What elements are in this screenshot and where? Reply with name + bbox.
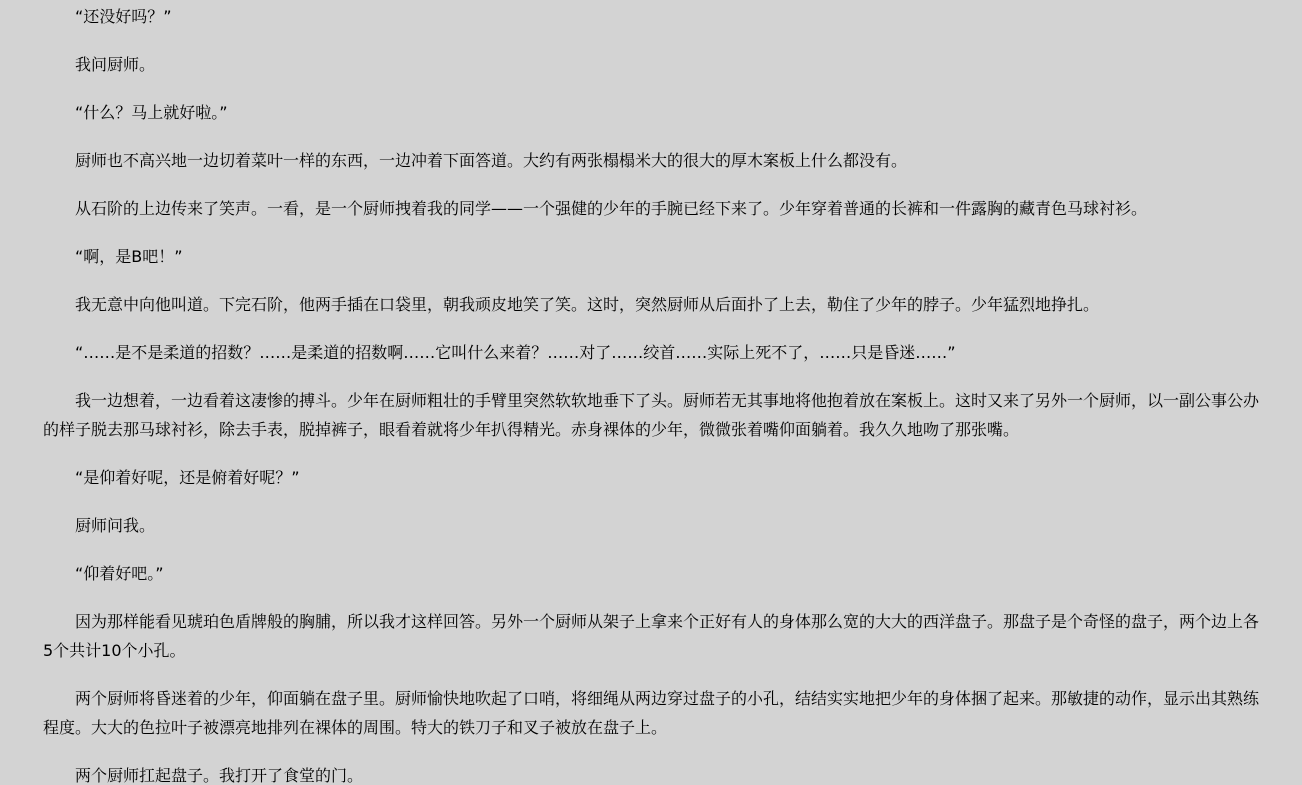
paragraph: 我一边想着，一边看着这凄惨的搏斗。少年在厨师粗壮的手臂里突然软软地垂下了头。厨师…: [43, 386, 1264, 444]
paragraph: 因为那样能看见琥珀色盾牌般的胸脯，所以我才这样回答。另外一个厨师从架子上拿来个正…: [43, 607, 1264, 665]
paragraph: 从石阶的上边传来了笑声。一看，是一个厨师拽着我的同学——一个强健的少年的手腕已经…: [43, 194, 1264, 223]
paragraph: 厨师也不高兴地一边切着菜叶一样的东西，一边冲着下面答道。大约有两张榻榻米大的很大…: [43, 146, 1264, 175]
paragraph: 我问厨师。: [43, 50, 1264, 79]
document-body: “还没好吗？”我问厨师。“什么？马上就好啦。”厨师也不高兴地一边切着菜叶一样的东…: [0, 0, 1302, 785]
paragraph: 两个厨师将昏迷着的少年，仰面躺在盘子里。厨师愉快地吹起了口哨，将细绳从两边穿过盘…: [43, 684, 1264, 742]
paragraph: 厨师问我。: [43, 511, 1264, 540]
paragraph: 两个厨师扛起盘子。我打开了食堂的门。: [43, 761, 1264, 785]
paragraph: “还没好吗？”: [43, 2, 1264, 31]
paragraph: “是仰着好呢，还是俯着好呢？”: [43, 463, 1264, 492]
paragraph: “仰着好吧。”: [43, 559, 1264, 588]
paragraph: “……是不是柔道的招数？……是柔道的招数啊……它叫什么来着？……对了……绞首………: [43, 338, 1264, 367]
paragraph: 我无意中向他叫道。下完石阶，他两手插在口袋里，朝我顽皮地笑了笑。这时，突然厨师从…: [43, 290, 1264, 319]
paragraph: “什么？马上就好啦。”: [43, 98, 1264, 127]
paragraph: “啊，是B吧！”: [43, 242, 1264, 271]
